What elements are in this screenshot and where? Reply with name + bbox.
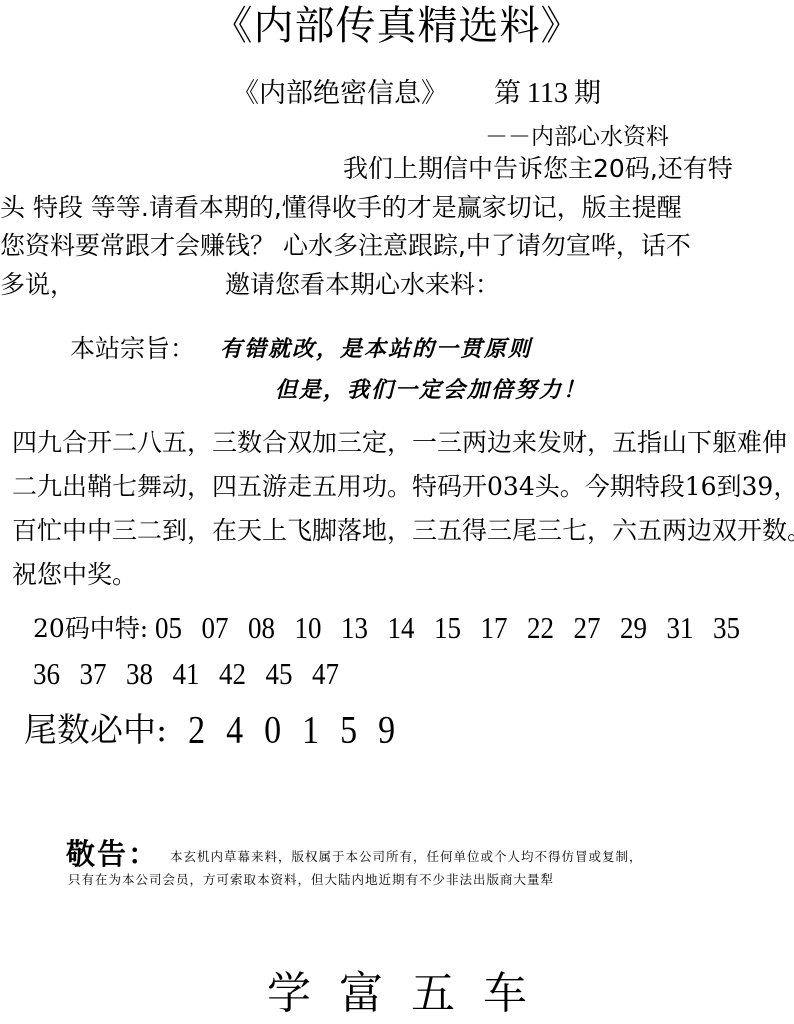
tail-digits: 尾数必中: 240159 bbox=[24, 705, 406, 756]
intro-line-last: 多说，邀请您看本期心水来料： bbox=[0, 266, 794, 305]
codes-label: 20码中特: bbox=[33, 614, 148, 643]
tail-digit: 0 bbox=[254, 702, 292, 760]
code-number: 05 bbox=[155, 602, 202, 654]
code-number: 37 bbox=[80, 648, 127, 700]
codes-row-2: 36373841424547 bbox=[33, 651, 793, 697]
page-title: 《内部传真精选料》 bbox=[0, 0, 794, 52]
code-number: 29 bbox=[620, 602, 667, 654]
code-number: 13 bbox=[341, 602, 388, 654]
issue-suffix: 期 bbox=[574, 78, 601, 109]
issue-label: 第113期 bbox=[494, 74, 601, 114]
issue-number: 113 bbox=[527, 78, 568, 109]
source-label: －－内部心水资料 bbox=[485, 120, 669, 154]
issue-prefix: 第 bbox=[494, 78, 521, 109]
intro-line: 您资料要常跟才会赚钱？ 心水多注意跟踪,中了请勿宣哗，话不 bbox=[0, 227, 794, 266]
code-number: 42 bbox=[219, 648, 266, 700]
subtitle: 《内部绝密信息》 bbox=[232, 74, 448, 114]
poem-line: 百忙中中三二到，在天上飞脚落地，三五得三尾三七，六五两边双开数。 bbox=[12, 509, 794, 553]
tail-digit: 9 bbox=[368, 702, 406, 760]
tail-digit: 4 bbox=[216, 702, 254, 760]
motto-line-1: 有错就改，是本站的一贯原则 bbox=[220, 330, 532, 368]
poem-line: 祝您中奖。 bbox=[12, 553, 794, 597]
notice-line-2: 只有在为本公司会员，方可索取本资料，但大陆内地近期有不少非法出版商大量犁 bbox=[68, 869, 554, 891]
footer-slogan: 学富五车 bbox=[0, 964, 794, 1024]
code-number: 08 bbox=[248, 602, 295, 654]
notice-line-1: 本玄机内草幕来料，版权属于本公司所有，任何单位或个人均不得仿冒或复制， bbox=[170, 846, 643, 868]
poem-block: 四九合开二八五，三数合双加三定，一三两边来发财，五指山下躯难伸 二九出鞘七舞动，… bbox=[12, 421, 794, 597]
notice-label: 敬告： bbox=[66, 834, 159, 874]
code-number: 47 bbox=[312, 648, 359, 700]
code-number: 15 bbox=[434, 602, 481, 654]
code-number: 45 bbox=[266, 648, 313, 700]
code-number: 31 bbox=[667, 602, 714, 654]
tail-digits-label: 尾数必中: bbox=[24, 710, 167, 749]
intro-line: 我们上期信中告诉您主20码,还有特 bbox=[0, 150, 794, 189]
code-number: 27 bbox=[574, 602, 621, 654]
motto-line-2: 但是，我们一定会加倍努力！ bbox=[275, 371, 587, 409]
twenty-codes: 20码中特: 05070810131415172227293135 363738… bbox=[33, 605, 793, 697]
tail-digit: 2 bbox=[178, 702, 216, 760]
code-number: 07 bbox=[202, 602, 249, 654]
code-number: 22 bbox=[527, 602, 574, 654]
code-number: 10 bbox=[295, 602, 342, 654]
code-number: 14 bbox=[388, 602, 435, 654]
tail-digit: 5 bbox=[330, 702, 368, 760]
intro-paragraph: 我们上期信中告诉您主20码,还有特 头 特段 等等.请看本期的,懂得收手的才是赢… bbox=[0, 150, 794, 304]
codes-row-1: 20码中特: 05070810131415172227293135 bbox=[33, 605, 793, 651]
intro-line: 邀请您看本期心水来料： bbox=[225, 270, 500, 299]
code-number: 17 bbox=[481, 602, 528, 654]
code-number: 35 bbox=[713, 602, 760, 654]
poem-line: 二九出鞘七舞动，四五游走五用功。特码开034头。今期特段16到39， bbox=[12, 465, 794, 509]
motto-label: 本站宗旨： bbox=[70, 330, 195, 368]
intro-line: 头 特段 等等.请看本期的,懂得收手的才是赢家切记，版主提醒 bbox=[0, 189, 794, 228]
code-number: 41 bbox=[173, 648, 220, 700]
poem-line: 四九合开二八五，三数合双加三定，一三两边来发财，五指山下躯难伸 bbox=[12, 421, 794, 465]
intro-line: 多说， bbox=[0, 270, 75, 299]
tail-digit: 1 bbox=[292, 702, 330, 760]
code-number: 36 bbox=[33, 648, 80, 700]
code-number: 38 bbox=[126, 648, 173, 700]
